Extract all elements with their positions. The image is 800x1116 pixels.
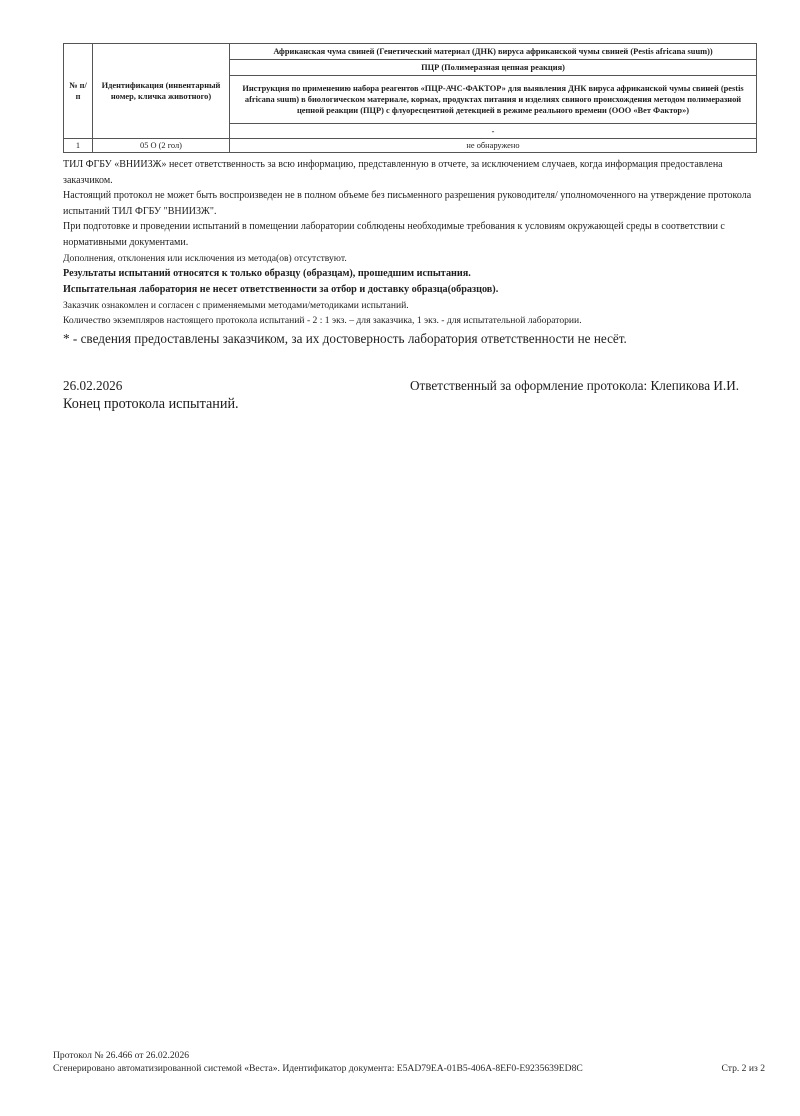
note-results-scope: Результаты испытаний относятся к только … xyxy=(63,266,763,282)
header-identification: Идентификация (инвентарный номер, кличка… xyxy=(93,44,230,139)
notes-section: ТИЛ ФГБУ «ВНИИЗЖ» несет ответственность … xyxy=(63,157,763,348)
cell-number: 1 xyxy=(64,139,93,153)
note-deviations: Дополнения, отклонения или исключения из… xyxy=(63,251,763,267)
note-environment: При подготовке и проведении испытаний в … xyxy=(63,219,763,250)
header-number: № п/п xyxy=(64,44,93,139)
note-reproduction: Настоящий протокол не может быть воспрои… xyxy=(63,188,763,219)
footer-protocol-number: Протокол № 26.466 от 26.02.2026 xyxy=(53,1049,765,1062)
cell-result: не обнаружено xyxy=(230,139,757,153)
header-method: ПЦР (Полимеразная цепная реакция) xyxy=(230,60,757,76)
note-responsibility: ТИЛ ФГБУ «ВНИИЗЖ» несет ответственность … xyxy=(63,157,763,188)
protocol-date: 26.02.2026 xyxy=(63,378,122,394)
end-of-protocol: Конец протокола испытаний. xyxy=(63,396,239,413)
document-page: № п/п Идентификация (инвентарный номер, … xyxy=(0,0,800,1116)
results-table: № п/п Идентификация (инвентарный номер, … xyxy=(63,43,757,153)
note-copies: Количество экземпляров настоящего проток… xyxy=(63,313,763,329)
page-footer: Протокол № 26.466 от 26.02.2026 Сгенерир… xyxy=(53,1049,765,1075)
table-row: 1 05 О (2 гол) не обнаружено xyxy=(64,139,757,153)
footer-generated-by: Сгенерировано автоматизированной системо… xyxy=(53,1062,583,1075)
header-instruction: Инструкция по применению набора реагенто… xyxy=(230,76,757,124)
header-disease: Африканская чума свиней (Генетический ма… xyxy=(230,44,757,60)
responsible-person: Ответственный за оформление протокола: К… xyxy=(410,378,739,394)
note-customer-info: * - сведения предоставлены заказчиком, з… xyxy=(63,330,763,348)
note-sampling-liability: Испытательная лаборатория не несет ответ… xyxy=(63,282,763,298)
cell-identification: 05 О (2 гол) xyxy=(93,139,230,153)
page-number: Стр. 2 из 2 xyxy=(722,1062,766,1075)
note-customer-agreement: Заказчик ознакомлен и согласен с применя… xyxy=(63,298,763,314)
header-units: - xyxy=(230,124,757,139)
